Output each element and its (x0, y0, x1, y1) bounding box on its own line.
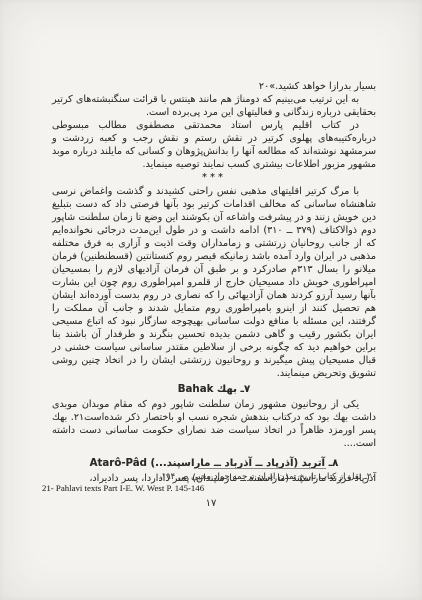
scanned-book-page: بسیار بدرازا خواهد کشید.»۲۰ به این ترتیب… (0, 0, 422, 600)
page-number: ۱۷ (0, 498, 422, 509)
paragraph-eqlim-pars: در کتاب اقلیم پارس استاد محمدتقی مصطفوی … (52, 119, 376, 171)
footnote-separator-rule (198, 468, 326, 469)
footnote-21: 21- Pahlavi texts Part I-E. W. West P. 1… (42, 483, 376, 494)
paragraph-bahak: یکی از روحانیون مشهور زمان سلطنت شاپور د… (52, 398, 376, 450)
quotation-closing-line: بسیار بدرازا خواهد کشید.»۲۰ (52, 80, 376, 93)
heading-7-bahak: ۷ـ بهك Bahak (52, 383, 376, 396)
main-text-block: بسیار بدرازا خواهد کشید.»۲۰ به این ترتیب… (52, 80, 376, 485)
paragraph-after-kartir-death: با مرگ کرتیر اقلیتهای مذهبی نفس راحتی کش… (52, 185, 376, 380)
footnote-20: ۲۰ـ نقل از کتاب تاریخ تمدن ایران ترجمه ج… (42, 472, 376, 483)
paragraph-domenasce-hinz: به این ترتیب می‌بینیم که دومناژ هم مانند… (52, 93, 376, 119)
section-separator-asterism: *** (52, 171, 376, 185)
footnote-block: ۲۰ـ نقل از کتاب تاریخ تمدن ایران ترجمه ج… (42, 468, 376, 494)
